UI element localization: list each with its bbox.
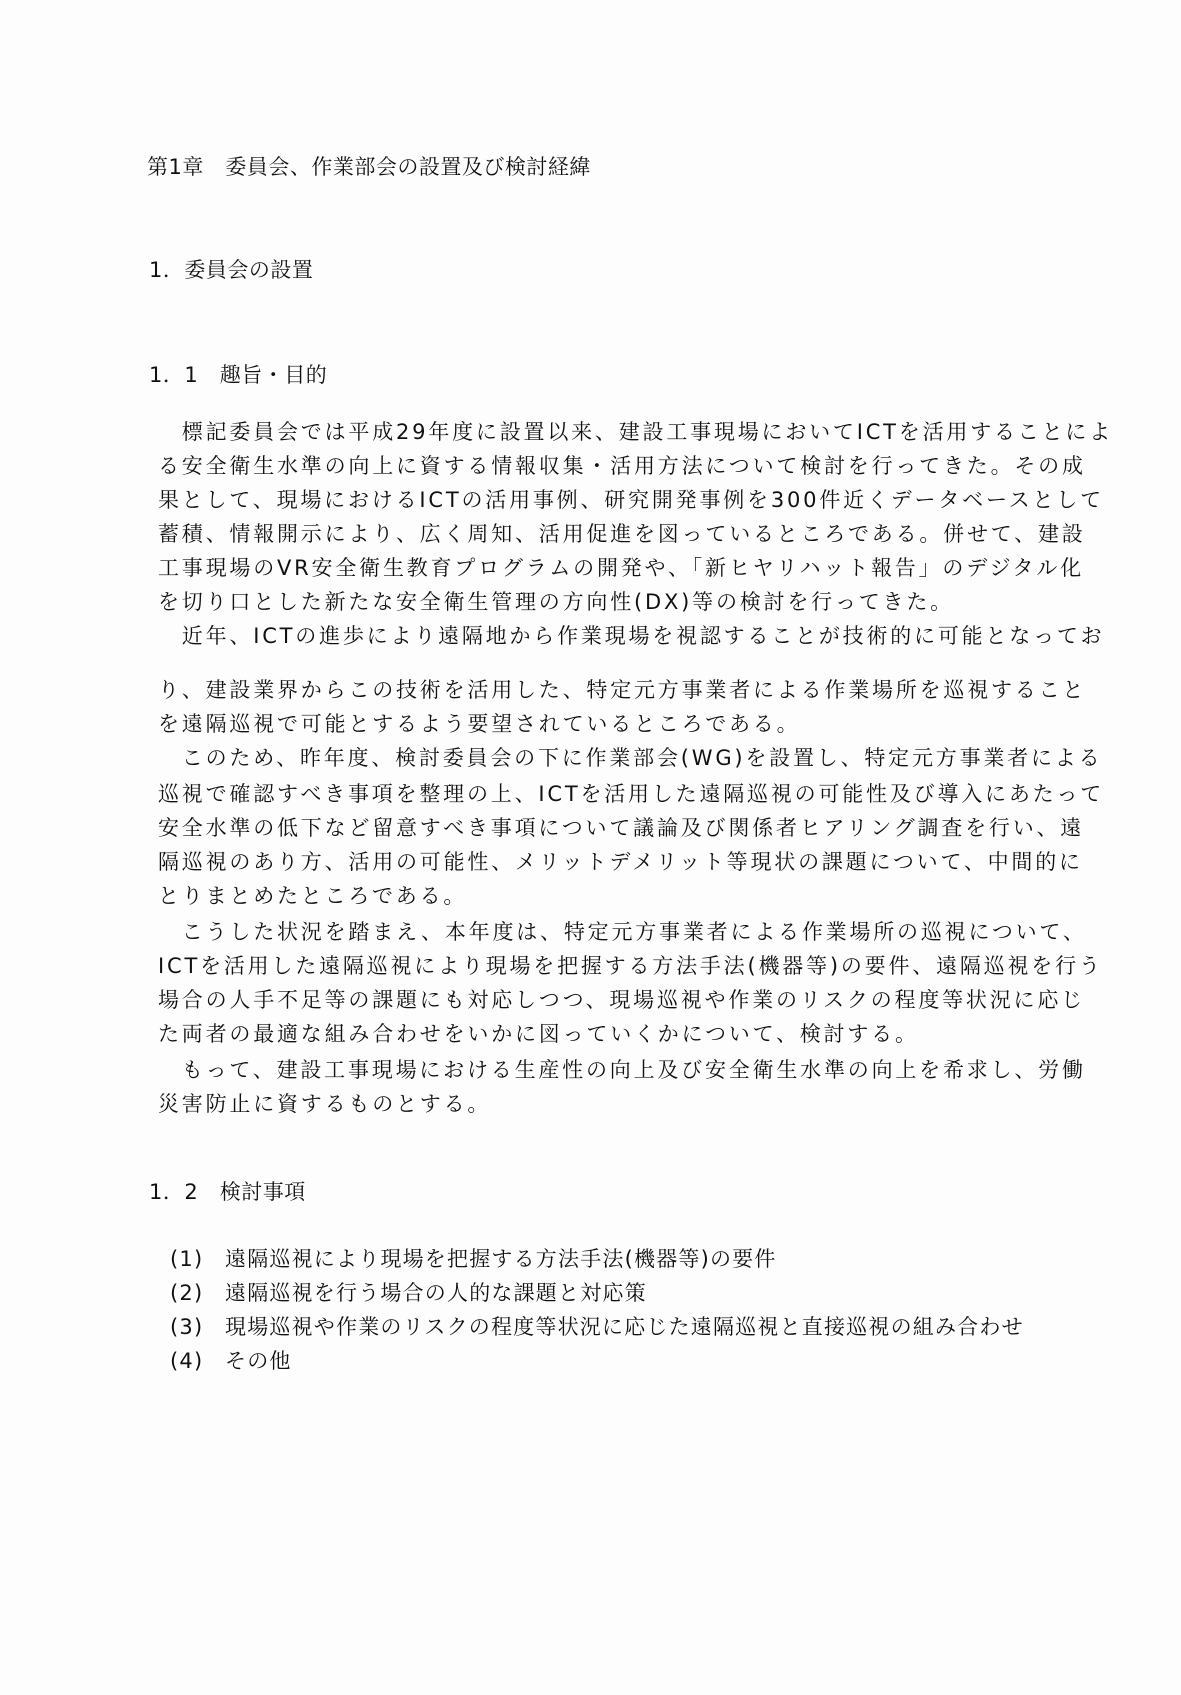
body-line: 安全水準の低下など留意すべき事項について議論及び関係者ヒアリング調査を行い、遠 — [158, 818, 1084, 839]
body-line: 災害防止に資するものとする。 — [158, 1094, 491, 1115]
list-item-number: (1) — [170, 1249, 225, 1270]
list-item-number: (4) — [170, 1351, 225, 1372]
body-line: 標記委員会では平成29年度に設置以来、建設工事現場においてICTを活用することに… — [158, 422, 1113, 443]
body-line: こうした状況を踏まえ、本年度は、特定元方事業者による作業場所の巡視について、 — [158, 922, 1087, 943]
subsection-title-purpose: 1．1 趣旨・目的 — [149, 365, 327, 386]
list-item-text: 遠隔巡視を行う場合の人的な課題と対応策 — [225, 1281, 647, 1305]
body-line: 巡視で確認すべき事項を整理の上、ICTを活用した遠隔巡視の可能性及び導入にあたっ… — [158, 784, 1104, 805]
body-line: た両者の最適な組み合わせをいかに図っていくかについて、検討する。 — [158, 1024, 919, 1045]
body-line: 蓄積、情報開示により、広く周知、活用促進を図っているところである。併せて、建設 — [158, 524, 1086, 545]
body-line: を切り口とした新たな安全衛生管理の方向性(DX)等の検討を行ってきた。 — [158, 592, 954, 613]
list-item-number: (3) — [170, 1317, 225, 1338]
document-page: 第1章 委員会、作業部会の設置及び検討経緯 1．委員会の設置 1．1 趣旨・目的… — [0, 0, 1181, 1695]
list-item: (1)遠隔巡視により現場を把握する方法手法(機器等)の要件 — [170, 1249, 777, 1270]
list-item: (2)遠隔巡視を行う場合の人的な課題と対応策 — [170, 1283, 647, 1304]
body-line: を遠隔巡視で可能とするよう要望されているところである。 — [158, 714, 800, 735]
list-item: (3)現場巡視や作業のリスクの程度等状況に応じた遠隔巡視と直接巡視の組み合わせ — [170, 1317, 1024, 1338]
section-title: 1．委員会の設置 — [149, 260, 313, 281]
subsection-title-considerations: 1．2 検討事項 — [149, 1182, 306, 1203]
body-line: このため、昨年度、検討委員会の下に作業部会(WG)を設置し、特定元方事業者による — [158, 748, 1102, 769]
list-item-text: 現場巡視や作業のリスクの程度等状況に応じた遠隔巡視と直接巡視の組み合わせ — [225, 1315, 1024, 1339]
body-line: 隔巡視のあり方、活用の可能性、メリットデメリット等現状の課題について、中間的に — [158, 852, 1083, 873]
body-line: る安全衛生水準の向上に資する情報収集・活用方法について検討を行ってきた。その成 — [158, 456, 1086, 477]
body-line: 近年、ICTの進歩により遠隔地から作業現場を視認することが技術的に可能となってお — [158, 626, 1104, 647]
body-line: り、建設業界からこの技術を活用した、特定元方事業者による作業場所を巡視すること — [158, 680, 1086, 701]
list-item-text: 遠隔巡視により現場を把握する方法手法(機器等)の要件 — [225, 1247, 777, 1271]
list-item-text: その他 — [225, 1349, 292, 1373]
list-item: (4)その他 — [170, 1351, 292, 1372]
body-line: とりまとめたところである。 — [158, 886, 467, 907]
body-line: 果として、現場におけるICTの活用事例、研究開発事例を300件近くデータベースと… — [158, 490, 1104, 511]
body-line: ICTを活用した遠隔巡視により現場を把握する方法手法(機器等)の要件、遠隔巡視を… — [158, 956, 1103, 977]
body-line: 場合の人手不足等の課題にも対応しつつ、現場巡視や作業のリスクの程度等状況に応じ — [158, 990, 1085, 1011]
body-line: もって、建設工事現場における生産性の向上及び安全衛生水準の向上を希求し、労働 — [158, 1060, 1086, 1081]
chapter-title: 第1章 委員会、作業部会の設置及び検討経緯 — [147, 157, 591, 178]
list-item-number: (2) — [170, 1283, 225, 1304]
body-line: 工事現場のVR安全衛生教育プログラムの開発や、「新ヒヤリハット報告」のデジタル化 — [158, 558, 1084, 579]
